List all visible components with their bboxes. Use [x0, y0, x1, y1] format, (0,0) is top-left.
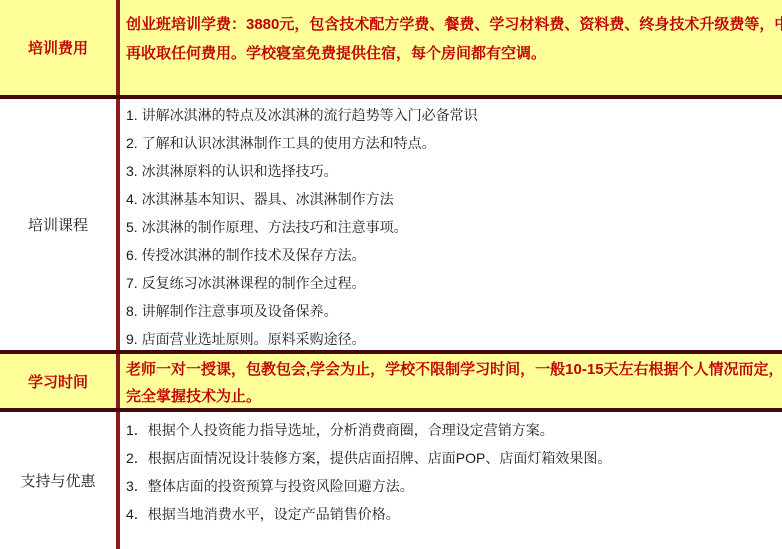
table-row-training-fee: 培训费用 创业班培训学费：3880元，包含技术配方学费、餐费、学习材料费、资料费…	[0, 0, 782, 99]
study-time-text-line: 老师一对一授课，包教包会,学会为止，学校不限制学习时间，一般10-15天左右根据…	[126, 356, 782, 383]
course-item: 2. 了解和认识冰淇淋制作工具的使用方法和特点。	[126, 129, 782, 157]
study-time-text-line: 完全掌握技术为止。	[126, 383, 782, 408]
course-item: 8. 讲解制作注意事项及设备保养。	[126, 297, 782, 325]
study-time-content: 老师一对一授课，包教包会,学会为止，学校不限制学习时间，一般10-15天左右根据…	[120, 354, 782, 408]
course-item: 6. 传授冰淇淋的制作技术及保存方法。	[126, 241, 782, 269]
row-header-study-time: 学习时间	[0, 354, 120, 408]
row-header-study-time-label: 学习时间	[28, 371, 88, 392]
course-item: 9. 店面营业选址原则。原料采购途径。	[126, 325, 782, 350]
table-row-support-benefits: 支持与优惠 1．根据个人投资能力指导选址，分析消费商圈，合理设定营销方案。 2．…	[0, 412, 782, 549]
row-header-support-benefits-label: 支持与优惠	[20, 470, 95, 491]
course-item: 5. 冰淇淋的制作原理、方法技巧和注意事项。	[126, 213, 782, 241]
row-header-training-courses-label: 培训课程	[28, 214, 88, 235]
support-item: 4．根据当地消费水平，设定产品销售价格。	[126, 500, 782, 528]
row-header-support-benefits: 支持与优惠	[0, 412, 120, 549]
training-fee-text-line: 创业班培训学费：3880元，包含技术配方学费、餐费、学习材料费、资料费、终身技术…	[126, 10, 782, 39]
support-item: 2．根据店面情况设计装修方案，提供店面招牌、店面POP、店面灯箱效果图。	[126, 444, 782, 472]
training-courses-content: 1. 讲解冰淇淋的特点及冰淇淋的流行趋势等入门必备常识 2. 了解和认识冰淇淋制…	[120, 99, 782, 350]
training-fee-content: 创业班培训学费：3880元，包含技术配方学费、餐费、学习材料费、资料费、终身技术…	[120, 0, 782, 95]
course-item: 1. 讲解冰淇淋的特点及冰淇淋的流行趋势等入门必备常识	[126, 101, 782, 129]
row-header-training-fee-label: 培训费用	[28, 37, 88, 58]
support-item: 3．整体店面的投资预算与投资风险回避方法。	[126, 472, 782, 500]
training-info-table: 培训费用 创业班培训学费：3880元，包含技术配方学费、餐费、学习材料费、资料费…	[0, 0, 782, 549]
table-row-study-time: 学习时间 老师一对一授课，包教包会,学会为止，学校不限制学习时间，一般10-15…	[0, 354, 782, 412]
table-row-training-courses: 培训课程 1. 讲解冰淇淋的特点及冰淇淋的流行趋势等入门必备常识 2. 了解和认…	[0, 99, 782, 354]
support-benefits-content: 1．根据个人投资能力指导选址，分析消费商圈，合理设定营销方案。 2．根据店面情况…	[120, 412, 782, 549]
course-item: 3. 冰淇淋原料的认识和选择技巧。	[126, 157, 782, 185]
course-item: 4. 冰淇淋基本知识、器具、冰淇淋制作方法	[126, 185, 782, 213]
row-header-training-courses: 培训课程	[0, 99, 120, 350]
course-item: 7. 反复练习冰淇淋课程的制作全过程。	[126, 269, 782, 297]
row-header-training-fee: 培训费用	[0, 0, 120, 95]
training-fee-text-line: 再收取任何费用。学校寝室免费提供住宿，每个房间都有空调。	[126, 39, 782, 68]
support-item: 1．根据个人投资能力指导选址，分析消费商圈，合理设定营销方案。	[126, 416, 782, 444]
